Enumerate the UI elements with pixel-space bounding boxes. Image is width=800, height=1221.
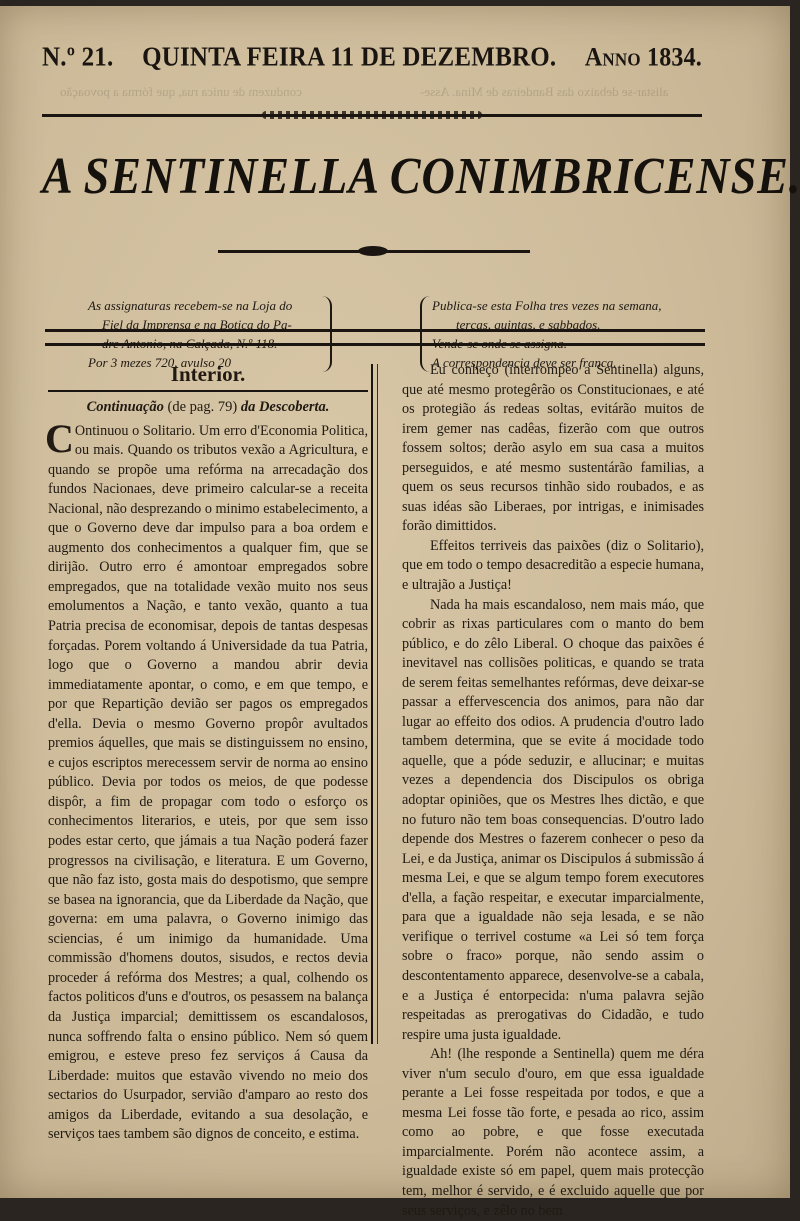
bleed-through-text: alistar-se debaixo das Bandeiras de Mina… (420, 84, 668, 100)
title-ornament (218, 250, 530, 253)
article-paragraph: Nada ha mais escandaloso, nem mais máo, … (402, 596, 704, 1046)
article-paragraph: Eu conheço (interrompeo a Sentinella) al… (402, 361, 704, 537)
publication-line: Publica-se esta Folha tres vezes na sema… (432, 296, 692, 315)
newspaper-title: A SENTINELLA CONIMBRICENSE. (42, 146, 712, 205)
issue-number: N.º 21. (42, 43, 113, 73)
masthead-line: N.º 21. QUINTA FEIRA 11 DE DEZEMBRO. Ann… (42, 43, 702, 73)
section-rule (48, 390, 368, 392)
left-column: Interior. Continuação (de pag. 79) da De… (48, 358, 368, 1145)
subtitle-part: Continuação (87, 399, 164, 415)
subtitle-part: da Descoberta. (241, 399, 330, 415)
subtitle-part: (de pag. 79) (164, 399, 241, 415)
issue-date: QUINTA FEIRA 11 DE DEZEMBRO. (142, 43, 556, 73)
ornamental-rule (42, 112, 702, 118)
newspaper-page: conduzem de unica rua, que fórma a povoa… (0, 6, 790, 1198)
right-column: Eu conheço (interrompeo a Sentinella) al… (402, 361, 704, 1204)
article-paragraph: Ah! (lhe responde a Sentinella) quem me … (402, 1045, 704, 1204)
subscription-line: As assignaturas recebem-se na Loja do (88, 296, 318, 315)
paragraph-text: Ontinuou o Solitario. Um erro d'Economia… (48, 423, 368, 1143)
double-rule (45, 329, 705, 346)
issue-year: Anno 1834. (585, 44, 702, 73)
section-heading: Interior. (48, 360, 368, 388)
column-divider (371, 364, 378, 1044)
article-paragraph: COntinuou o Solitario. Um erro d'Economi… (48, 422, 368, 1145)
bleed-through-text: conduzem de unica rua, que fórma a povoa… (60, 84, 302, 100)
article-paragraph: Effeitos terriveis das paixões (diz o So… (402, 537, 704, 596)
article-subtitle: Continuação (de pag. 79) da Descoberta. (48, 398, 368, 418)
drop-cap: C (45, 424, 74, 454)
